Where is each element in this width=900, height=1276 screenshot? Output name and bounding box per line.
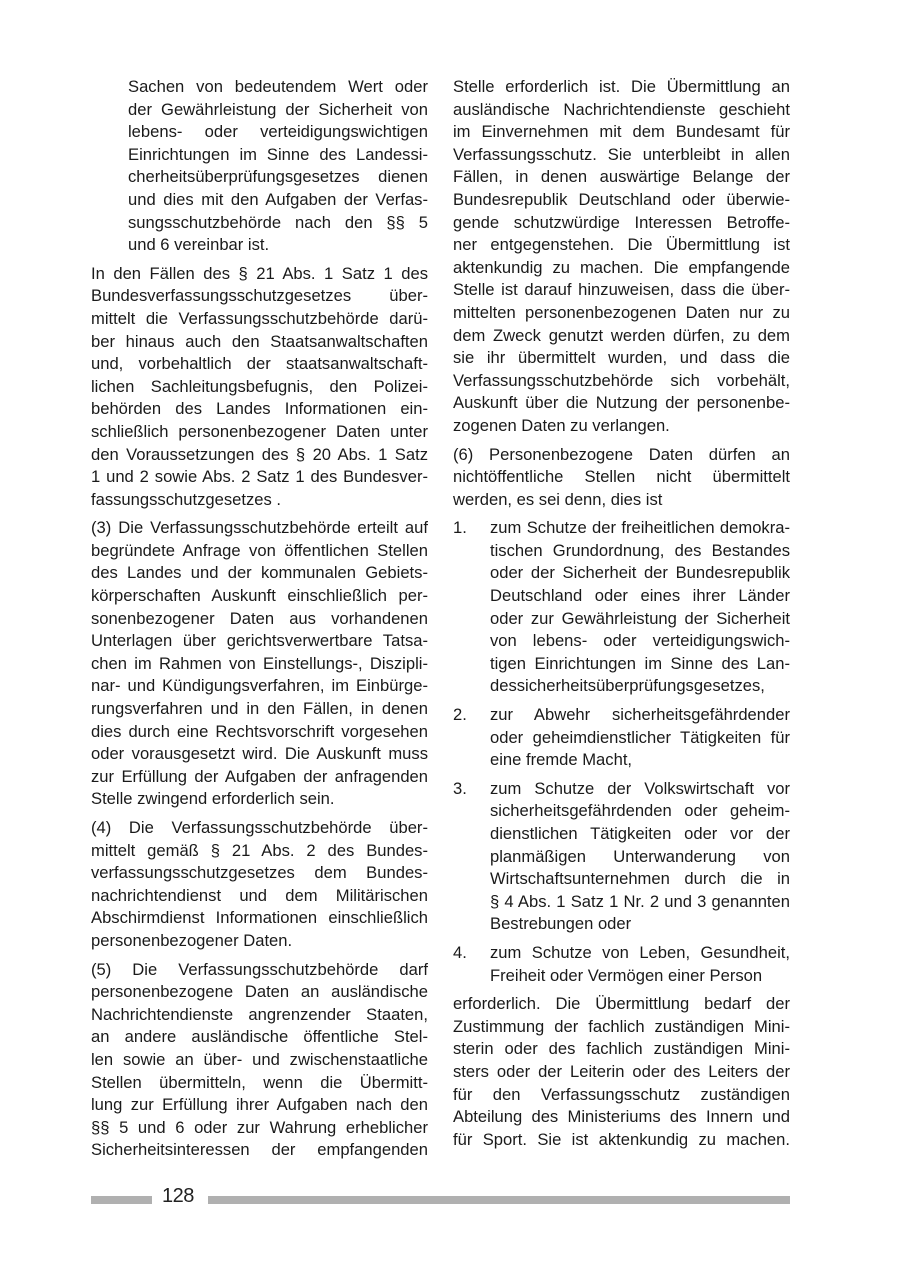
text-line: mittelt gemäß § 21 Abs. 2 des Bundes- [91,840,428,863]
text-line: zum Schutze der freiheitlichen demokra- [490,517,790,540]
text-line: lebens- oder verteidigungswichtigen [128,121,428,144]
page-footer: 128 [91,1196,790,1206]
text-line: (5) Die Verfassungsschutzbehörde darf [91,959,428,982]
list-number: 3. [453,778,467,801]
text-line: schließlich personenbezogener Daten unte… [91,421,428,444]
text-line: §§ 5 und 6 oder zur Wahrung erheblicher [91,1117,428,1140]
text-line: 1 und 2 sowie Abs. 2 Satz 1 des Bundesve… [91,466,428,489]
text-line: § 4 Abs. 1 Satz 1 Nr. 2 und 3 genannten [490,891,790,914]
text-line: sie ihr übermittelt wurden, und dass die [453,347,790,370]
text-line: Nachrichtendienste angrenzender Staaten, [91,1004,428,1027]
text-line: sicherheitsgefährdenden oder geheim- [490,800,790,823]
text-line: sters oder der Leiterin oder des Leiters… [453,1061,790,1084]
text-line: zogenen Daten zu verlangen. [453,415,790,438]
text-line: und dies mit den Aufgaben der Verfas- [128,189,428,212]
text-line: und, vorbehaltlich der staatsanwaltschaf… [91,353,428,376]
text-line: tigen Einrichtungen im Sinne des Lan- [490,653,790,676]
paragraph-5: (5) Die Verfassungsschutzbehörde darf pe… [91,959,428,1162]
text-line: Stelle ist darauf hinzuweisen, dass die … [453,279,790,302]
text-line: In den Fällen des § 21 Abs. 1 Satz 1 des [91,263,428,286]
list-item-3: 3. zum Schutze der Volkswirtschaft vor s… [453,778,790,936]
paragraph-5-continued: Stelle erforderlich ist. Die Übermittlun… [453,76,790,438]
text-line: körperschaften Auskunft einschließlich p… [91,585,428,608]
text-line: für Sport. Sie ist aktenkundig zu machen… [453,1129,790,1152]
paragraph-bundesverfassungsschutzgesetz: In den Fällen des § 21 Abs. 1 Satz 1 des… [91,263,428,512]
list-number: 2. [453,704,467,727]
text-line: oder geheimdienstlicher Tätigkeiten für [490,727,790,750]
text-line: chen im Rahmen von Einstellungs-, Diszip… [91,653,428,676]
text-line: dies durch eine Rechtsvorschrift vorgese… [91,721,428,744]
left-column: Sachen von bedeutendem Wert oder der Gew… [91,76,428,1168]
text-line: sonenbezogener Daten aus vorhandenen [91,608,428,631]
list-item-2: 2. zur Abwehr sicherheitsgefährdender od… [453,704,790,772]
text-line: an andere ausländische öffentliche Stel- [91,1026,428,1049]
list-number: 4. [453,942,467,965]
text-line: Einrichtungen im Sinne des Landessi- [128,144,428,167]
text-line: zur Abwehr sicherheitsgefährdender [490,704,790,727]
text-line: dem Zweck genutzt werden dürfen, zu dem [453,325,790,348]
text-line: Auskunft über die Nutzung der personenbe… [453,392,790,415]
footer-bar-right [208,1196,790,1204]
text-line: planmäßigen Unterwanderung von [490,846,790,869]
text-line: Freiheit oder Vermögen einer Person [490,965,790,988]
text-line: (4) Die Verfassungsschutzbehörde über- [91,817,428,840]
text-line: erforderlich. Die Übermittlung bedarf de… [453,993,790,1016]
text-line: dienstlichen Tätigkeiten oder vor der [490,823,790,846]
text-line: nar- und Kündigungsverfahren, im Einbürg… [91,675,428,698]
text-line: verfassungsschutzgesetzes dem Bundes- [91,862,428,885]
page-number: 128 [162,1185,194,1208]
text-line: den Voraussetzungen des § 20 Abs. 1 Satz [91,444,428,467]
paragraph-3: (3) Die Verfassungsschutzbehörde erteilt… [91,517,428,811]
text-line: gende schutzwürdige Interessen Betroffe- [453,212,790,235]
text-line: der Gewährleistung der Sicherheit von [128,99,428,122]
text-line: im Einvernehmen mit dem Bundesamt für [453,121,790,144]
text-line: nichtöffentliche Stellen nicht übermitte… [453,466,790,489]
text-line: lung zur Erfüllung ihrer Aufgaben nach d… [91,1094,428,1117]
paragraph-4: (4) Die Verfassungsschutzbehörde über- m… [91,817,428,953]
paragraph-continuation-indented: Sachen von bedeutendem Wert oder der Gew… [91,76,428,257]
text-line: Bundesrepublik Deutschland oder überwie- [453,189,790,212]
text-line: und 6 vereinbar ist. [128,234,428,257]
text-line: mittelt die Verfassungsschutzbehörde dar… [91,308,428,331]
text-line: fassungsschutzgesetzes . [91,489,428,512]
text-line: Bundesverfassungsschutzgesetzes über- [91,285,428,308]
text-line: personenbezogene Daten an ausländische [91,981,428,1004]
text-line: Stelle zwingend erforderlich sein. [91,788,428,811]
text-line: ber hinaus auch den Staatsanwaltschaften [91,331,428,354]
text-line: begründete Anfrage von öffentlichen Stel… [91,540,428,563]
text-line: Bestrebungen oder [490,913,790,936]
text-line: tischen Grundordnung, des Bestandes [490,540,790,563]
text-line: zum Schutze der Volkswirtschaft vor [490,778,790,801]
text-line: behörden des Landes Informationen ein- [91,398,428,421]
text-line: Abteilung des Ministeriums des Innern un… [453,1106,790,1129]
footer-bar-left [91,1196,152,1204]
text-line: oder zur Gewährleistung der Sicherheit [490,608,790,631]
text-line: oder vorausgesetzt wird. Die Auskunft mu… [91,743,428,766]
text-line: aktenkundig zu machen. Die empfangende [453,257,790,280]
right-column: Stelle erforderlich ist. Die Übermittlun… [453,76,790,1157]
text-line: Sachen von bedeutendem Wert oder [128,76,428,99]
text-line: len sowie an über- und zwischenstaatlich… [91,1049,428,1072]
text-line: nachrichtendienst und dem Militärischen [91,885,428,908]
text-line: oder der Sicherheit der Bundesrepublik [490,562,790,585]
text-line: des Landes und der kommunalen Gebiets- [91,562,428,585]
text-line: ausländische Nachrichtendienste geschieh… [453,99,790,122]
text-line: zum Schutze von Leben, Gesundheit, [490,942,790,965]
text-line: eine fremde Macht, [490,749,790,772]
text-line: (6) Personenbezogene Daten dürfen an [453,444,790,467]
text-line: Abschirmdienst Informationen einschließl… [91,907,428,930]
text-line: sungsschutzbehörde nach den §§ 5 [128,212,428,235]
list-number: 1. [453,517,467,540]
text-line: zur Erfüllung der Aufgaben der anfragend… [91,766,428,789]
paragraph-6: (6) Personenbezogene Daten dürfen an nic… [453,444,790,512]
text-line: (3) Die Verfassungsschutzbehörde erteilt… [91,517,428,540]
text-line: Verfassungsschutz. Sie unterbleibt in al… [453,144,790,167]
list-item-1: 1. zum Schutze der freiheitlichen demokr… [453,517,790,698]
text-line: von lebens- oder verteidigungswich- [490,630,790,653]
text-line: lichen Sachleitungsbefugnis, den Polizei… [91,376,428,399]
text-line: cherheitsüberprüfungsgesetzes dienen [128,166,428,189]
text-line: mittelten personenbezogenen Daten nur zu [453,302,790,325]
text-line: Stelle erforderlich ist. Die Übermittlun… [453,76,790,99]
text-line: personenbezogener Daten. [91,930,428,953]
text-line: Unterlagen über gerichtsverwertbare Tats… [91,630,428,653]
text-line: rungsverfahren und in den Fällen, in den… [91,698,428,721]
text-line: sterin oder des fachlich zuständigen Min… [453,1038,790,1061]
text-line: werden, es sei denn, dies ist [453,489,790,512]
text-line: für den Verfassungsschutz zuständigen [453,1084,790,1107]
text-line: Fällen, in denen auswärtige Belange der [453,166,790,189]
text-line: Sicherheitsinteressen der empfangenden [91,1139,428,1162]
list-item-4: 4. zum Schutze von Leben, Gesundheit, Fr… [453,942,790,987]
text-line: Deutschland oder eines ihrer Länder [490,585,790,608]
text-line: Wirtschaftsunternehmen durch die in [490,868,790,891]
text-line: ner entgegenstehen. Die Übermittlung ist [453,234,790,257]
text-line: dessicherheitsüberprüfungsgesetzes, [490,675,790,698]
text-line: Stellen übermitteln, wenn die Übermitt- [91,1072,428,1095]
text-line: Verfassungsschutzbehörde sich vorbehält, [453,370,790,393]
paragraph-6-closing: erforderlich. Die Übermittlung bedarf de… [453,993,790,1151]
text-line: Zustimmung der fachlich zuständigen Mini… [453,1016,790,1039]
